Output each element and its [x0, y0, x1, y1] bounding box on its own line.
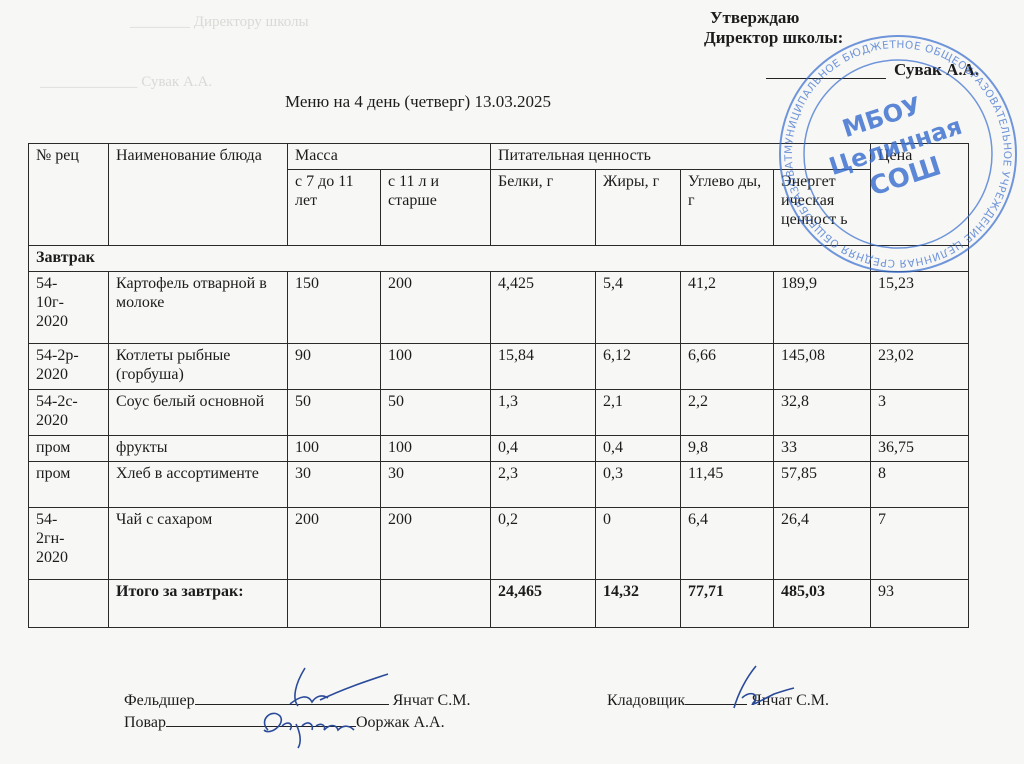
total-empty-cell — [288, 580, 381, 628]
medic-signature-line — [195, 690, 389, 705]
cell-recipe: 54-10г-2020 — [29, 272, 109, 344]
table-row: промХлеб в ассортименте30302,30,311,4557… — [29, 462, 969, 508]
cell-price: 15,23 — [871, 272, 969, 344]
approval-signature-line — [766, 78, 886, 79]
cell-fats: 0,3 — [596, 462, 681, 508]
cell-energy: 32,8 — [774, 390, 871, 436]
cell-price: 7 — [871, 508, 969, 580]
cell-recipe: 54-2гн-2020 — [29, 508, 109, 580]
cell-mass-7-11: 50 — [288, 390, 381, 436]
cell-fats: 6,12 — [596, 344, 681, 390]
medic-role: Фельдшер — [124, 692, 195, 709]
storekeeper-signature-line — [685, 690, 747, 705]
cell-carbs: 6,4 — [681, 508, 774, 580]
header-fats: Жиры, г — [596, 170, 681, 246]
cell-carbs: 11,45 — [681, 462, 774, 508]
cell-energy: 57,85 — [774, 462, 871, 508]
cell-price: 3 — [871, 390, 969, 436]
approval-block: Утверждаю Директор школы: Сувак А.А. — [704, 8, 843, 48]
cell-mass-7-11: 90 — [288, 344, 381, 390]
cell-fats: 0 — [596, 508, 681, 580]
header-dish-name: Наименование блюда — [109, 144, 288, 246]
signature-storekeeper: Кладовщик Янчат С.М. — [607, 690, 829, 710]
header-proteins: Белки, г — [491, 170, 596, 246]
approval-heading: Утверждаю — [710, 8, 843, 28]
cell-recipe: пром — [29, 462, 109, 508]
cell-fats: 5,4 — [596, 272, 681, 344]
header-nutrition: Питательная ценность — [491, 144, 871, 170]
cook-name: Ооржак А.А. — [356, 714, 445, 731]
menu-table: № рец Наименование блюда Масса Питательн… — [28, 143, 969, 628]
total-energy: 485,03 — [774, 580, 871, 628]
total-empty-cell — [29, 580, 109, 628]
header-mass-11-plus: с 11 л и старше — [381, 170, 491, 246]
table-row: 54-2р-2020Котлеты рыбные (горбуша)901001… — [29, 344, 969, 390]
cell-proteins: 0,4 — [491, 436, 596, 462]
storekeeper-role: Кладовщик — [607, 692, 685, 709]
page-title: Меню на 4 день (четверг) 13.03.2025 — [285, 92, 551, 112]
cell-dish: Котлеты рыбные (горбуша) — [109, 344, 288, 390]
cell-proteins: 4,425 — [491, 272, 596, 344]
section-row: Завтрак — [29, 246, 969, 272]
header-price: Цена — [871, 144, 969, 246]
cell-dish: Картофель отварной в молоке — [109, 272, 288, 344]
cell-recipe: 54-2с-2020 — [29, 390, 109, 436]
cell-energy: 145,08 — [774, 344, 871, 390]
table-row: 54-2гн-2020Чай с сахаром2002000,206,426,… — [29, 508, 969, 580]
header-carbs: Углево ды, г — [681, 170, 774, 246]
cell-mass-11-plus: 200 — [381, 272, 491, 344]
cell-fats: 2,1 — [596, 390, 681, 436]
table-row: промфрукты1001000,40,49,83336,75 — [29, 436, 969, 462]
cell-proteins: 0,2 — [491, 508, 596, 580]
medic-name: Янчат С.М. — [393, 692, 471, 709]
cell-dish: Соус белый основной — [109, 390, 288, 436]
cell-proteins: 1,3 — [491, 390, 596, 436]
total-price: 93 — [871, 580, 969, 628]
cell-mass-11-plus: 100 — [381, 344, 491, 390]
section-empty-cell — [871, 246, 969, 272]
cook-signature-line — [166, 712, 356, 727]
cell-carbs: 2,2 — [681, 390, 774, 436]
header-energy: Энергет ическая ценност ь — [774, 170, 871, 246]
section-breakfast: Завтрак — [29, 246, 871, 272]
cell-carbs: 41,2 — [681, 272, 774, 344]
cell-carbs: 9,8 — [681, 436, 774, 462]
cell-price: 8 — [871, 462, 969, 508]
signature-cook: ПоварОоржак А.А. — [124, 712, 445, 732]
total-label: Итого за завтрак: — [109, 580, 288, 628]
cell-mass-11-plus: 50 — [381, 390, 491, 436]
header-recipe-no: № рец — [29, 144, 109, 246]
approval-position: Директор школы: — [704, 28, 843, 48]
cell-dish: фрукты — [109, 436, 288, 462]
cell-energy: 26,4 — [774, 508, 871, 580]
header-row: № рец Наименование блюда Масса Питательн… — [29, 144, 969, 170]
storekeeper-name: Янчат С.М. — [751, 692, 829, 709]
cell-mass-11-plus: 30 — [381, 462, 491, 508]
cell-energy: 33 — [774, 436, 871, 462]
header-mass-7-11: с 7 до 11 лет — [288, 170, 381, 246]
signature-medic: Фельдшер Янчат С.М. — [124, 690, 470, 710]
cell-carbs: 6,66 — [681, 344, 774, 390]
cell-price: 36,75 — [871, 436, 969, 462]
cell-recipe: пром — [29, 436, 109, 462]
svg-text:МБОУ: МБОУ — [839, 91, 925, 143]
cell-recipe: 54-2р-2020 — [29, 344, 109, 390]
cell-energy: 189,9 — [774, 272, 871, 344]
show-through-text: _____________ Сувак А.А. — [40, 74, 212, 91]
cell-mass-7-11: 30 — [288, 462, 381, 508]
header-mass: Масса — [288, 144, 491, 170]
cook-role: Повар — [124, 714, 166, 731]
cell-price: 23,02 — [871, 344, 969, 390]
cell-dish: Хлеб в ассортименте — [109, 462, 288, 508]
cell-mass-7-11: 150 — [288, 272, 381, 344]
cell-mass-7-11: 200 — [288, 508, 381, 580]
cell-mass-11-plus: 100 — [381, 436, 491, 462]
cell-dish: Чай с сахаром — [109, 508, 288, 580]
cell-mass-11-plus: 200 — [381, 508, 491, 580]
total-empty-cell — [381, 580, 491, 628]
cell-mass-7-11: 100 — [288, 436, 381, 462]
cell-proteins: 2,3 — [491, 462, 596, 508]
total-carbs: 77,71 — [681, 580, 774, 628]
cell-fats: 0,4 — [596, 436, 681, 462]
approval-signatory: Сувак А.А. — [894, 60, 979, 80]
table-row: 54-10г-2020Картофель отварной в молоке15… — [29, 272, 969, 344]
total-row: Итого за завтрак: 24,465 14,32 77,71 485… — [29, 580, 969, 628]
total-fats: 14,32 — [596, 580, 681, 628]
show-through-text: ________ Директору школы — [130, 14, 309, 31]
table-row: 54-2с-2020Соус белый основной50501,32,12… — [29, 390, 969, 436]
total-proteins: 24,465 — [491, 580, 596, 628]
cell-proteins: 15,84 — [491, 344, 596, 390]
